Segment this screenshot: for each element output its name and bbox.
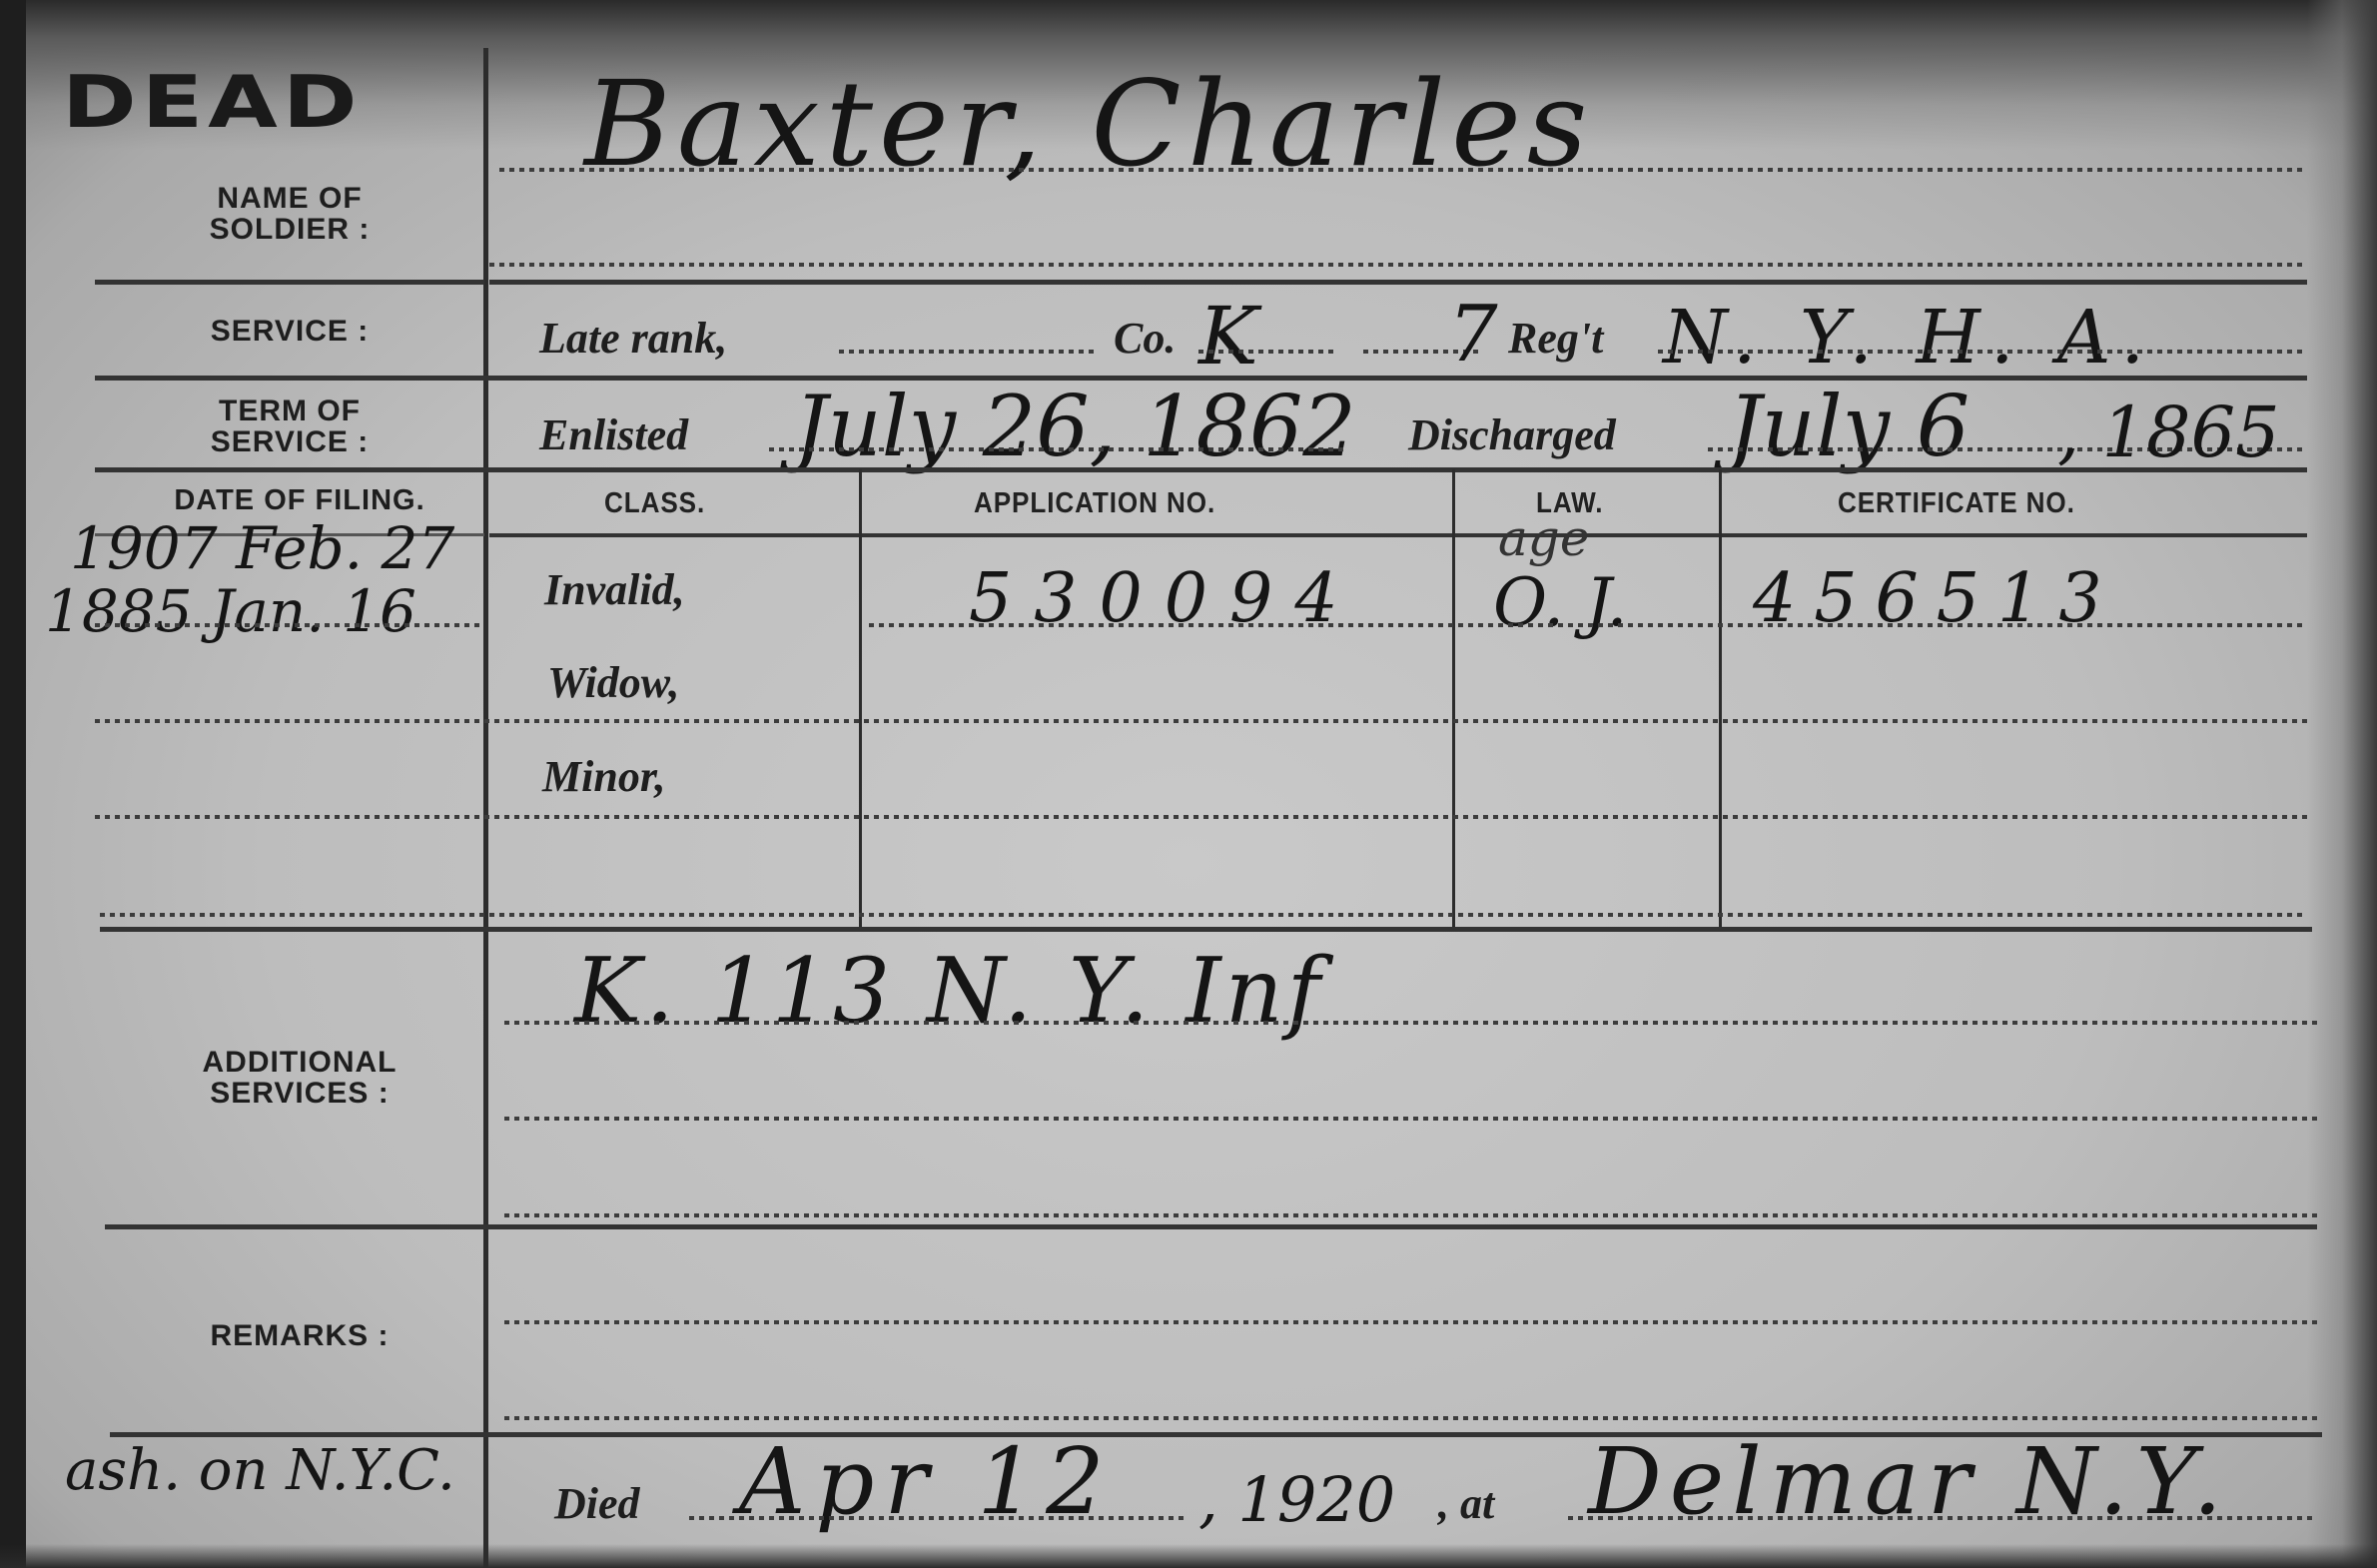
death-year-value: , 1920 <box>1198 1463 1395 1536</box>
died-label: Died <box>554 1478 640 1529</box>
class-widow-label: Widow, <box>547 657 679 708</box>
at-label: , at <box>1438 1478 1494 1529</box>
term-rule <box>95 467 2307 472</box>
scan-shadow-right <box>2307 0 2377 1568</box>
minor-row-dotted-line <box>95 815 2307 819</box>
death-date-dotted-line <box>689 1516 1184 1520</box>
additional-dotted-line-2 <box>504 1117 2317 1121</box>
law-column-divider <box>1719 469 1722 929</box>
regt-label: Reg't <box>1508 313 1603 364</box>
co-dotted-line <box>1198 350 1338 354</box>
filing-bottom-rule <box>100 927 2312 932</box>
label-line: SERVICES : <box>170 1078 429 1109</box>
dead-stamp: DEAD <box>62 60 363 144</box>
name-rule <box>489 280 2307 285</box>
remarks-label: REMARKS : <box>180 1320 419 1351</box>
late-rank-dotted-line <box>839 350 1099 354</box>
additional-rule <box>105 1224 2317 1229</box>
filing-bottom-dotted-line <box>100 913 2307 917</box>
regt-dotted-line <box>1658 350 2307 354</box>
remarks-dotted-line-2 <box>504 1416 2317 1420</box>
additional-services-value: K. 113 N. Y. Inf <box>574 939 1324 1044</box>
application-no-column-header: APPLICATION NO. <box>974 487 1215 520</box>
scan-border-left <box>0 0 26 1568</box>
enlisted-label: Enlisted <box>539 409 688 460</box>
soldier-name-value: Baxter, Charles <box>584 55 1594 193</box>
label-line: NAME OF <box>170 183 409 214</box>
invalid-entry-dotted-line <box>869 623 2307 627</box>
label-column-divider <box>483 48 488 1568</box>
death-place-dotted-line <box>1568 1516 2317 1520</box>
date-of-filing-label: DATE OF FILING. <box>110 485 489 516</box>
label-line: ADDITIONAL <box>170 1047 429 1078</box>
co-label: Co. <box>1114 313 1176 364</box>
column-header-rule <box>489 533 2307 537</box>
additional-dotted-line-1 <box>504 1021 2317 1025</box>
label-line: SERVICE : <box>170 426 409 457</box>
law-note-value: age <box>1498 509 1589 567</box>
name-label-rule <box>95 280 484 285</box>
name-dotted-line <box>499 168 2307 172</box>
class-invalid-label: Invalid, <box>544 564 685 615</box>
law-value: O. J. <box>1493 564 1628 641</box>
class-column-divider <box>859 469 862 929</box>
filing-date-2: 1885 Jan. 16 <box>45 577 416 645</box>
discharged-label: Discharged <box>1408 409 1616 460</box>
pension-index-card: DEAD NAME OF SOLDIER : Baxter, Charles S… <box>0 0 2377 1568</box>
service-label: SERVICE : <box>170 316 409 347</box>
discharged-year-value: , 1865 <box>2057 392 2280 473</box>
certificate-no-column-header: CERTIFICATE NO. <box>1838 487 2075 520</box>
name-dotted-line-2 <box>489 263 2307 267</box>
remarks-dotted-line-1 <box>504 1320 2317 1324</box>
additional-dotted-line-3 <box>504 1213 2317 1217</box>
regiment-number-value: 7 <box>1448 290 1498 380</box>
filing-date-1: 1907 Feb. 27 <box>70 514 454 582</box>
label-line: SOLDIER : <box>170 214 409 245</box>
death-side-note: ash. on N.Y.C. <box>65 1438 455 1503</box>
name-of-soldier-label: NAME OF SOLDIER : <box>170 183 409 245</box>
class-minor-label: Minor, <box>542 751 666 802</box>
late-rank-label: Late rank, <box>539 313 727 364</box>
company-value: K <box>1198 290 1258 383</box>
regiment-unit-value: N. Y. H. A. <box>1663 295 2154 381</box>
discharged-date-value: July 6 <box>1728 378 1970 475</box>
enlisted-dotted-line <box>769 447 1348 451</box>
enlisted-date-value: July 26, 1862 <box>794 378 1356 475</box>
application-column-divider <box>1452 469 1455 929</box>
invalid-row-dotted-line <box>95 719 2307 723</box>
additional-services-label: ADDITIONAL SERVICES : <box>170 1047 429 1109</box>
term-of-service-label: TERM OF SERVICE : <box>170 395 409 457</box>
scan-shadow-bottom <box>0 1544 2377 1568</box>
class-column-header: CLASS. <box>604 487 705 520</box>
date-filing-dotted-line <box>95 623 484 627</box>
label-line: TERM OF <box>170 395 409 426</box>
